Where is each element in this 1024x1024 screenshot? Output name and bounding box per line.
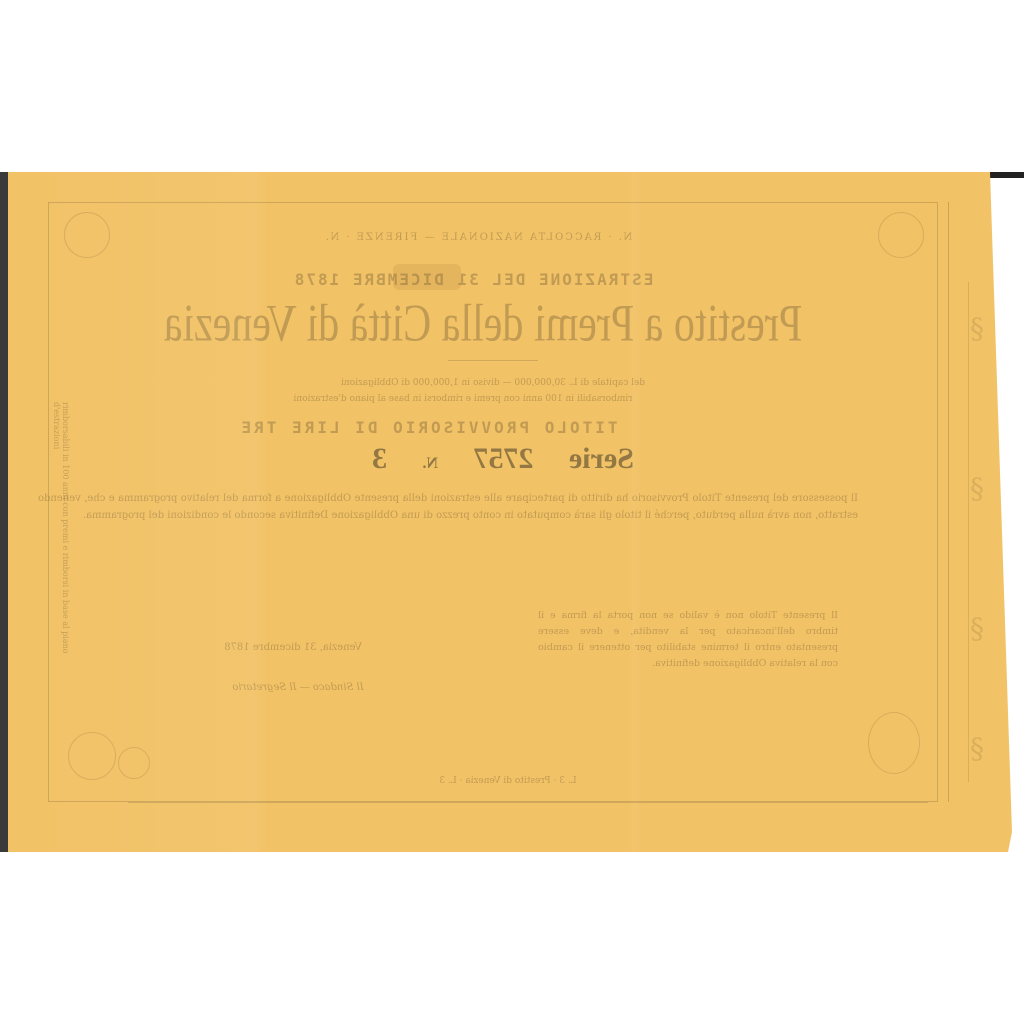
scan-edge-strip (0, 172, 9, 852)
date-stamp (393, 264, 461, 290)
ornament-scroll-icon: § (970, 312, 984, 345)
certificate-paper: § § § § rimborsabili in 100 anni con pre… (8, 172, 1014, 852)
scan-edge-strip-top (990, 172, 1024, 178)
signature-line: Venezia, 31 dicembre 1878 (103, 642, 483, 653)
body-paragraph: Il possessore del presente Titolo Provvi… (38, 490, 858, 524)
outer-frame (48, 202, 938, 802)
corner-ornament-icon (868, 712, 920, 774)
footer-text: L. 3 · Prestito di Venezia · L. 3 (308, 776, 708, 786)
subtitle-line-1: del capitale di L. 30,000,000 — diviso i… (118, 378, 868, 388)
ornament-scroll-icon: § (970, 472, 984, 505)
side-paragraph: Il presente Titolo non è valido se non p… (538, 608, 838, 672)
ornament-scroll-icon: § (970, 732, 984, 765)
serie-number: 2757 (474, 442, 534, 475)
number-label: N. (422, 455, 438, 472)
corner-ornament-icon (878, 212, 924, 258)
signature-caption: Il Sindaco — Il Segretario (148, 682, 448, 693)
ornamental-band (968, 282, 1005, 782)
number-value: 3 (372, 442, 387, 475)
side-vertical-text: rimborsabili in 100 anni con premi e rim… (56, 402, 70, 702)
certificate-type: TITOLO PROVVISORIO DI LIRE TRE (188, 418, 668, 437)
right-frame-line (948, 202, 949, 802)
ornament-scroll-icon: § (970, 612, 984, 645)
corner-ornament-icon (64, 212, 110, 258)
corner-ornament-icon (118, 747, 150, 779)
serie-number-line: Serie 2757 N. 3 (228, 442, 648, 476)
header-line: N. · RACCOLTA NAZIONALE — FIRENZE · N. (128, 232, 828, 243)
footer-rule (128, 802, 928, 803)
corner-ornament-icon (68, 732, 116, 780)
subtitle-line-2: rimborsabili in 100 anni con premi e rim… (48, 394, 878, 404)
drawing-date: ESTRAZIONE DEL 31 DICEMBRE 1878 (198, 270, 748, 289)
title-rule (448, 360, 538, 361)
document-title: Prestito a Premi della Città di Venezia (108, 294, 858, 354)
serie-label: Serie (569, 442, 634, 475)
